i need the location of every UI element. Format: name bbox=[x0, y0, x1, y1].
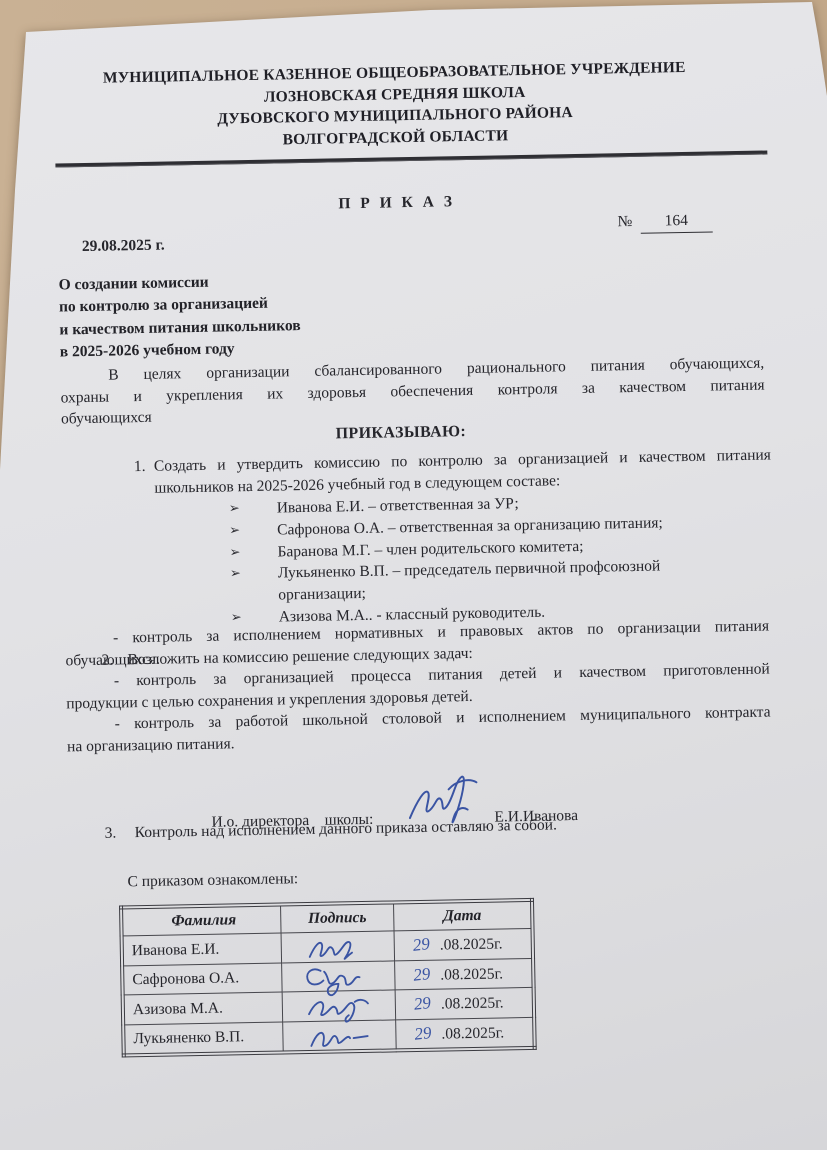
row-name: Иванова Е.И. bbox=[122, 933, 282, 965]
member-text: Иванова Е.И. – ответственная за УР; bbox=[277, 495, 519, 516]
date-suffix: .08.2025г. bbox=[440, 935, 503, 953]
row-date: 29.08.2025г. bbox=[395, 987, 534, 1019]
handwritten-day: 29 bbox=[413, 992, 432, 1015]
order-number-value: 164 bbox=[640, 209, 712, 233]
row-signature bbox=[282, 960, 396, 992]
handwritten-signature bbox=[302, 962, 375, 993]
date-suffix: .08.2025г. bbox=[441, 994, 504, 1012]
table-header-surname: Фамилия bbox=[121, 905, 281, 936]
handwritten-day: 29 bbox=[412, 933, 431, 956]
tasks-list: - контроль за исполнением нормативных и … bbox=[65, 616, 771, 758]
subject-line: и качеством питания школьников bbox=[59, 315, 301, 342]
date-suffix: .08.2025г. bbox=[441, 1024, 504, 1042]
table-row: Лукьяненко В.П. 29.08.2025г. bbox=[123, 1017, 534, 1056]
date-suffix: .08.2025г. bbox=[440, 965, 503, 983]
row-name: Сафронова О.А. bbox=[122, 963, 282, 995]
header-divider bbox=[55, 150, 767, 167]
organization-header: МУНИЦИПАЛЬНОЕ КАЗЕННОЕ ОБЩЕОБРАЗОВАТЕЛЬН… bbox=[0, 55, 799, 156]
table-header-date: Дата bbox=[393, 900, 532, 931]
handwritten-signature bbox=[303, 992, 376, 1023]
director-signature bbox=[402, 771, 487, 835]
row-date: 29.08.2025г. bbox=[395, 958, 534, 990]
row-name: Лукьяненко В.П. bbox=[123, 1022, 283, 1056]
subject-line: в 2025-2026 учебном году bbox=[60, 337, 302, 364]
row-date: 29.08.2025г. bbox=[394, 928, 533, 960]
order-date: 29.08.2025 г. bbox=[82, 235, 165, 258]
row-signature bbox=[283, 1019, 397, 1052]
arrow-bullet-icon: ➢ bbox=[229, 542, 240, 564]
arrow-bullet-icon: ➢ bbox=[229, 520, 240, 542]
order-number: №164 bbox=[617, 209, 712, 233]
arrow-bullet-icon: ➢ bbox=[229, 498, 240, 520]
director-name: Е.И.Иванова bbox=[494, 805, 578, 828]
order-subject: О создании комиссии по контролю за орган… bbox=[58, 270, 301, 364]
document: МУНИЦИПАЛЬНОЕ КАЗЕННОЕ ОБЩЕОБРАЗОВАТЕЛЬН… bbox=[0, 0, 827, 1150]
row-name: Азизова М.А. bbox=[123, 992, 283, 1024]
handwritten-day: 29 bbox=[412, 963, 431, 986]
director-signature-label: И.о. директора школы: bbox=[211, 809, 373, 833]
item-number: 1. bbox=[134, 456, 146, 478]
member-text: Лукьяненко В.П. – председатель первичной… bbox=[278, 558, 661, 604]
row-date: 29.08.2025г. bbox=[396, 1017, 535, 1051]
row-signature bbox=[281, 931, 395, 963]
order-number-label: № bbox=[617, 213, 632, 230]
table-header-signature: Подпись bbox=[281, 902, 395, 933]
handwritten-signature bbox=[303, 1021, 376, 1052]
handwritten-day: 29 bbox=[413, 1022, 432, 1045]
member-text: Баранова М.Г. – член родительского комит… bbox=[277, 538, 583, 561]
row-signature bbox=[282, 990, 396, 1022]
signatures-table: Фамилия Подпись Дата Иванова Е.И. 29.08.… bbox=[119, 898, 537, 1058]
acknowledged-label: С приказом ознакомлены: bbox=[127, 868, 298, 893]
handwritten-signature bbox=[302, 933, 375, 964]
item-number: 3. bbox=[104, 822, 116, 844]
arrow-bullet-icon: ➢ bbox=[230, 564, 241, 586]
commission-members-list: ➢ Иванова Е.И. – ответственная за УР; ➢ … bbox=[229, 490, 681, 629]
